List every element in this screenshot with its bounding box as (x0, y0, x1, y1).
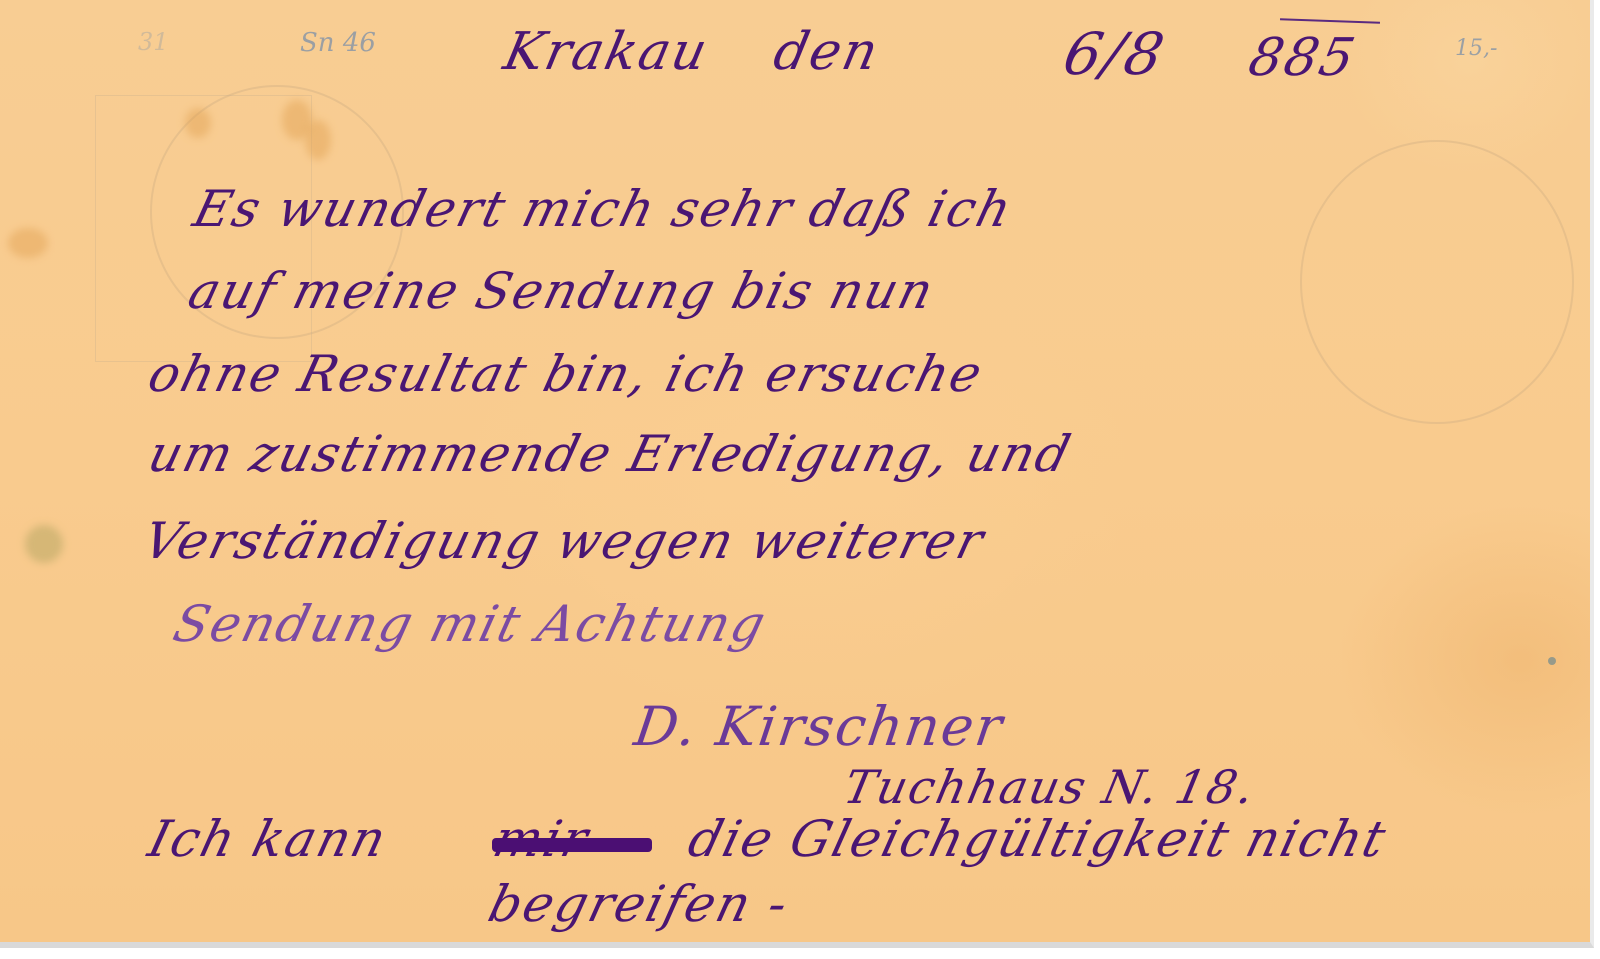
body-line-1: Es wundert mich sehr daß ich (188, 180, 1019, 238)
stain (25, 525, 63, 563)
body-line-6: Sendung mit Achtung (168, 595, 773, 653)
body-line-4: um zustimmende Erledigung, und (143, 425, 1078, 483)
postcard: 31 Sn 46 15,- Krakau den 6/8 885 Es wund… (0, 0, 1594, 948)
letter-place: Krakau (499, 22, 714, 82)
ink-dot (1548, 657, 1556, 665)
body-line-3: ohne Resultat bin, ich ersuche (143, 345, 990, 403)
pencil-note-catalog: Sn 46 (300, 28, 376, 58)
year-overline (1280, 18, 1380, 23)
stain (8, 228, 48, 258)
postscript-line-1-start: Ich kann (143, 810, 394, 868)
strikethrough-mark (492, 838, 652, 852)
letter-date: 6/8 (1058, 20, 1172, 88)
body-line-2: auf meine Sendung bis nun (183, 262, 941, 320)
postmark-ghost-right (1300, 140, 1574, 424)
pencil-note-price: 15,- (1455, 36, 1497, 61)
pencil-note-faint: 31 (138, 28, 169, 56)
letter-year: 885 (1244, 28, 1362, 88)
stain (305, 120, 331, 160)
postscript-line-2: begreifen - (483, 875, 796, 933)
postscript-line-1-end: die Gleichgültigkeit nicht (683, 810, 1393, 868)
stain (185, 108, 211, 138)
signature-address: Tuchhaus N. 18. (839, 760, 1261, 814)
body-line-5: Verständigung wegen weiterer (138, 512, 991, 570)
signature-name: D. Kirschner (631, 695, 1008, 758)
letter-date-word: den (769, 22, 885, 82)
